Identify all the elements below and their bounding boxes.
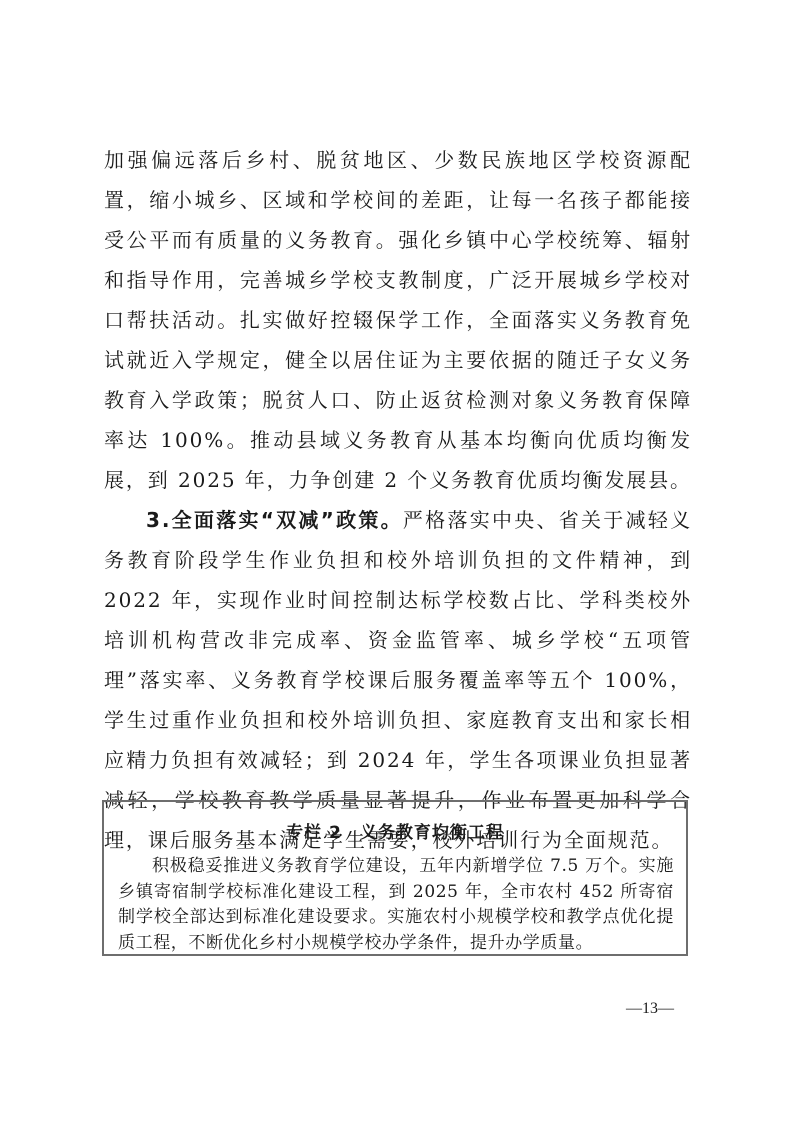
paragraph-heading: 3.全面落实“双减”政策。 <box>146 508 403 532</box>
document-page: 加强偏远落后乡村、脱贫地区、少数民族地区学校资源配置，缩小城乡、区域和学校间的差… <box>0 0 793 1122</box>
column-box-body: 积极稳妥推进义务教育学位建设，五年内新增学位 7.5 万个。实施乡镇寄宿制学校标… <box>118 854 674 956</box>
paragraph-text: 加强偏远落后乡村、脱贫地区、少数民族地区学校资源配置，缩小城乡、区域和学校间的差… <box>104 148 692 492</box>
column-box-title: 专栏 2义务教育均衡工程 <box>104 818 686 843</box>
body-text: 加强偏远落后乡村、脱贫地区、少数民族地区学校资源配置，缩小城乡、区域和学校间的差… <box>104 140 692 860</box>
paragraph-resource-allocation: 加强偏远落后乡村、脱贫地区、少数民族地区学校资源配置，缩小城乡、区域和学校间的差… <box>104 140 692 500</box>
column-title: 义务教育均衡工程 <box>360 823 504 843</box>
page-number: —13— <box>626 1000 674 1018</box>
column-box: 专栏 2义务教育均衡工程 积极稳妥推进义务教育学位建设，五年内新增学位 7.5 … <box>102 800 688 956</box>
column-label: 专栏 2 <box>286 823 342 843</box>
